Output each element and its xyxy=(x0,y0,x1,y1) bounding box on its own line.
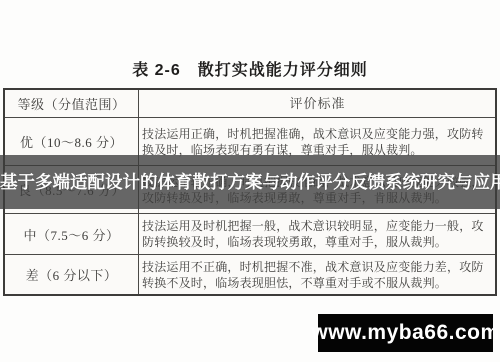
criteria-cell-poor: 技法运用不正确，时机把握不准，战术意识及应变能力差，攻防转换不及时，临场表现胆怯… xyxy=(139,255,495,294)
grade-cell-poor: 差（6 分以下） xyxy=(5,255,139,294)
table-title: 表 2-6 散打实战能力评分细则 xyxy=(0,57,500,80)
table-row: 中（7.5～6 分） 技法运用及时机把握一般，战术意识较明显，应变能力一般，攻防… xyxy=(5,213,495,254)
site-watermark: www.myba66.com xyxy=(318,314,493,352)
grade-cell-average: 中（7.5～6 分） xyxy=(5,214,139,254)
header-criteria-column: 评价标准 xyxy=(139,90,495,117)
site-watermark-text: www.myba66.com xyxy=(311,321,499,345)
criteria-cell-average: 技法运用及时机把握一般，战术意识较明显，应变能力一般，攻防转换较及时，临场表现较… xyxy=(139,214,495,254)
headline-overlay-banner: 基于多端适配设计的体育散打方案与动作评分反馈系统研究与应用 xyxy=(0,155,500,209)
header-grade-column: 等级（分值范围） xyxy=(5,90,139,117)
table-row: 差（6 分以下） 技法运用不正确，时机把握不准，战术意识及应变能力差，攻防转换不… xyxy=(5,254,495,294)
headline-overlay-text: 基于多端适配设计的体育散打方案与动作评分反馈系统研究与应用 xyxy=(0,169,500,194)
table-header-row: 等级（分值范围） 评价标准 xyxy=(5,90,495,117)
